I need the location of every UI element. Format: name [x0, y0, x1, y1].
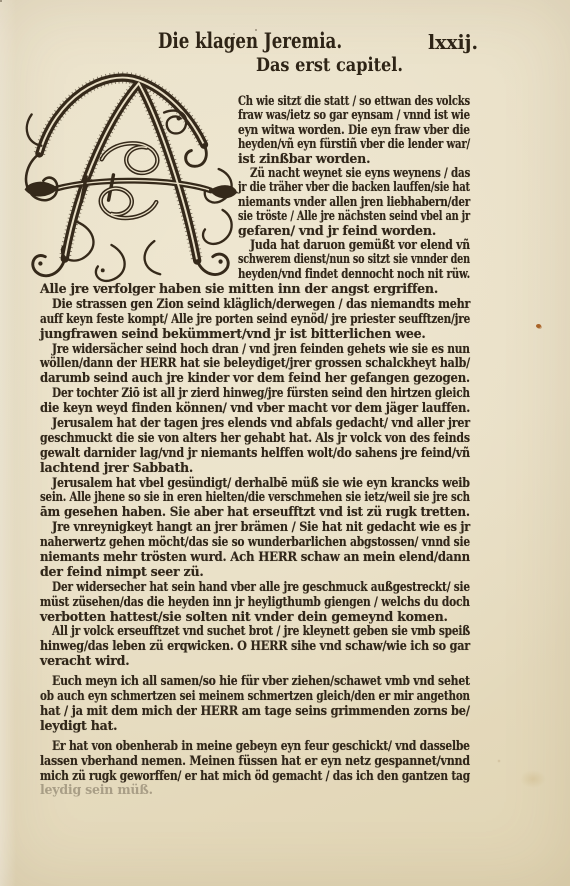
text-line-content: leydigt hat. — [40, 719, 117, 734]
text-line: wöllen/dann der HERR hat sie beleydiget/… — [40, 356, 470, 371]
text-line: schwerem dienst/nun so sitzt sie vnnder … — [238, 252, 470, 266]
text-line-content: lassen vberhand nemen. Meinen füssen hat… — [40, 754, 470, 769]
text-line: Juda hat daruon gemüßt vor elend vñ — [238, 238, 470, 252]
text-line-content: jr die träher vber die backen lauffen/si… — [238, 180, 470, 194]
text-line: gefaren/ vnd jr feind worden. — [238, 224, 470, 238]
text-line-content: niemants mehr trösten wurd. Ach HERR sch… — [40, 550, 470, 565]
text-line: Zü nacht weynet sie eyns weynens / das — [238, 166, 470, 180]
text-line-content: All jr volck erseufftzet vnd suchet brot… — [52, 624, 470, 639]
text-line-content: Juda hat daruon gemüßt vor elend vñ — [250, 238, 470, 252]
text-line-content: geschmuckt die sie von alters her gehabt… — [40, 431, 470, 446]
text-line: leydigt hat. — [40, 719, 470, 734]
text-line: geschmuckt die sie von alters her gehabt… — [40, 431, 470, 446]
text-line-content: Euch meyn ich all samen/so hie für vber … — [52, 674, 470, 689]
text-line: gewalt darnider lag/vnd jr niemants helf… — [40, 446, 470, 461]
text-line-content: ist zinßbar worden. — [238, 152, 370, 166]
text-line: mich zü rugk geworffen/ er hat mich öd g… — [40, 769, 470, 784]
text-line-content: auff keyn feste kompt/ Alle jre porten s… — [40, 312, 470, 327]
text-line-content: gefaren/ vnd jr feind worden. — [238, 224, 436, 238]
text-line: Die strassen gen Zion seind kläglich/der… — [40, 297, 470, 312]
text-line: ām gesehen haben. Sie aber hat erseufftz… — [40, 505, 470, 520]
text-line-content: heyden/vñ eyn fürstiñ vber die lender wa… — [238, 137, 470, 151]
text-line: hat / ja mit dem mich der HERR am tage s… — [40, 704, 470, 719]
text-line: hinweg/das leben zü erqwicken. O HERR si… — [40, 639, 470, 654]
text-line: ob auch eyn schmertzen sei meinem schmer… — [40, 689, 470, 704]
text-line: leydig sein müß. — [40, 783, 470, 798]
text-line-content: leydig sein müß. — [40, 783, 153, 798]
text-line: jungfrawen seind bekümmert/vnd jr ist bi… — [40, 327, 470, 342]
text-line-content: wöllen/dann der HERR hat sie beleydiget/… — [40, 356, 470, 371]
text-line-content: ob auch eyn schmertzen sei meinem schmer… — [40, 689, 470, 704]
ornate-initial-icon — [18, 54, 242, 286]
text-line: Jre vnreynigkeyt hangt an jrer brämen / … — [40, 520, 470, 535]
text-line: sein. Alle jhene so sie in eren hielten/… — [40, 490, 470, 505]
text-line: müst züsehen/das die heyden inn jr heyli… — [40, 595, 470, 610]
text-line: Jre widersächer seind hoch dran / vnd jr… — [40, 342, 470, 357]
text-line: niemants mehr trösten wurd. Ach HERR sch… — [40, 550, 470, 565]
text-line: naherwertz gehen möcht/das sie so wunder… — [40, 535, 470, 550]
text-line-content: Ch wie sitzt die statt / so ettwan des v… — [238, 94, 470, 108]
text-line: Er hat von obenherab in meine gebeyn eyn… — [40, 739, 470, 754]
text-line-content: die keyn weyd finden können/ vnd vber ma… — [40, 401, 470, 416]
text-line: auff keyn feste kompt/ Alle jre porten s… — [40, 312, 470, 327]
text-line-content: Jerusalem hat vbel gesündigt/ derhalbē m… — [52, 476, 470, 491]
text-line-content: Zü nacht weynet sie eyns weynens / das — [250, 166, 470, 180]
text-line-content: schwerem dienst/nun so sitzt sie vnnder … — [238, 252, 470, 266]
text-line-content: fraw was/ietz so gar eynsam / vnnd ist w… — [238, 108, 470, 122]
text-line-content: sie tröste / Alle jre nächsten seind vbe… — [238, 209, 470, 223]
book-page: Die klagen Jeremia. lxxij. Das erst capi… — [0, 0, 570, 886]
text-line: jr die träher vber die backen lauffen/si… — [238, 180, 470, 194]
text-line: ist zinßbar worden. — [238, 152, 470, 166]
text-line: Ch wie sitzt die statt / so ettwan des v… — [238, 94, 470, 108]
text-line-content: lachtend jrer Sabbath. — [40, 461, 193, 476]
text-line: die keyn weyd finden können/ vnd vber ma… — [40, 401, 470, 416]
text-line-content: gewalt darnider lag/vnd jr niemants helf… — [40, 446, 470, 461]
text-line-content: veracht wird. — [40, 654, 129, 669]
running-title-text: Die klagen Jeremia. — [158, 28, 342, 53]
text-line: Alle jre verfolger haben sie mitten inn … — [40, 282, 470, 297]
text-line-content: jungfrawen seind bekümmert/vnd jr ist bi… — [40, 327, 426, 342]
text-line: heyden/vñ eyn fürstiñ vber die lender wa… — [238, 137, 470, 151]
text-line: lachtend jrer Sabbath. — [40, 461, 470, 476]
text-line-content: Jerusalem hat der tagen jres elends vnd … — [52, 416, 470, 431]
text-line-content: Die strassen gen Zion seind kläglich/der… — [52, 297, 470, 312]
text-line-content: darumb seind auch jre kinder vor dem fei… — [40, 371, 470, 386]
text-line-content: mich zü rugk geworffen/ er hat mich öd g… — [40, 769, 470, 784]
text-line-content: ām gesehen haben. Sie aber hat erseufftz… — [40, 505, 470, 520]
text-line: lassen vberhand nemen. Meinen füssen hat… — [40, 754, 470, 769]
text-line-content: hat / ja mit dem mich der HERR am tage s… — [40, 704, 470, 719]
text-line: heyden/vnd findet dennocht noch nit rüw. — [238, 267, 470, 281]
text-line-content: Jre vnreynigkeyt hangt an jrer brämen / … — [52, 520, 470, 535]
text-line: verbotten hattest/sie solten nit vnder d… — [40, 610, 470, 625]
text-line-content: verbotten hattest/sie solten nit vnder d… — [40, 610, 448, 625]
text-line-content: niemants vnder allen jren liebhabern/der — [238, 195, 470, 209]
drop-cap-initial-A — [18, 54, 242, 286]
opening-text-column: Ch wie sitzt die statt / so ettwan des v… — [238, 94, 470, 281]
text-line: darumb seind auch jre kinder vor dem fei… — [40, 371, 470, 386]
text-line: veracht wird. — [40, 654, 470, 669]
text-line-content: Jre widersächer seind hoch dran / vnd jr… — [52, 342, 470, 357]
running-title: Die klagen Jeremia. — [158, 28, 390, 53]
text-line-content: Der tochter Ziō ist all jr zierd hinweg/… — [52, 386, 470, 401]
text-line-content: sein. Alle jhene so sie in eren hielten/… — [40, 490, 470, 505]
text-line: Euch meyn ich all samen/so hie für vber … — [40, 674, 470, 689]
body-text-column: Alle jre verfolger haben sie mitten inn … — [40, 282, 470, 798]
page-number-text: lxxij. — [428, 30, 478, 54]
text-line-content: Alle jre verfolger haben sie mitten inn … — [40, 282, 438, 297]
text-line: fraw was/ietz so gar eynsam / vnnd ist w… — [238, 108, 470, 122]
text-line-content: müst züsehen/das die heyden inn jr heyli… — [40, 595, 470, 610]
text-line-content: Er hat von obenherab in meine gebeyn eyn… — [52, 739, 470, 754]
text-line-content: der feind nimpt seer zü. — [40, 565, 204, 580]
text-line: Der tochter Ziō ist all jr zierd hinweg/… — [40, 386, 470, 401]
text-line-content: Der widersecher hat sein hand vber alle … — [52, 580, 470, 595]
text-line: eyn witwa worden. Die eyn fraw vber die — [238, 123, 470, 137]
text-line: niemants vnder allen jren liebhabern/der — [238, 195, 470, 209]
chapter-heading: Das erst capitel. — [256, 54, 429, 76]
foxing-speck — [536, 324, 541, 328]
text-line-content: naherwertz gehen möcht/das sie so wunder… — [40, 535, 470, 550]
text-line: Jerusalem hat vbel gesündigt/ derhalbē m… — [40, 476, 470, 491]
text-line: der feind nimpt seer zü. — [40, 565, 470, 580]
text-line-content: eyn witwa worden. Die eyn fraw vber die — [238, 123, 470, 137]
chapter-heading-text: Das erst capitel. — [256, 54, 403, 76]
text-line: sie tröste / Alle jre nächsten seind vbe… — [238, 209, 470, 223]
text-line: Der widersecher hat sein hand vber alle … — [40, 580, 470, 595]
ink-specks — [0, 0, 2, 2]
text-line-content: heyden/vnd findet dennocht noch nit rüw. — [238, 267, 470, 281]
text-line: All jr volck erseufftzet vnd suchet brot… — [40, 624, 470, 639]
paper-stain — [520, 770, 546, 788]
page-number: lxxij. — [428, 30, 481, 54]
text-line-content: hinweg/das leben zü erqwicken. O HERR si… — [40, 639, 470, 654]
text-line: Jerusalem hat der tagen jres elends vnd … — [40, 416, 470, 431]
